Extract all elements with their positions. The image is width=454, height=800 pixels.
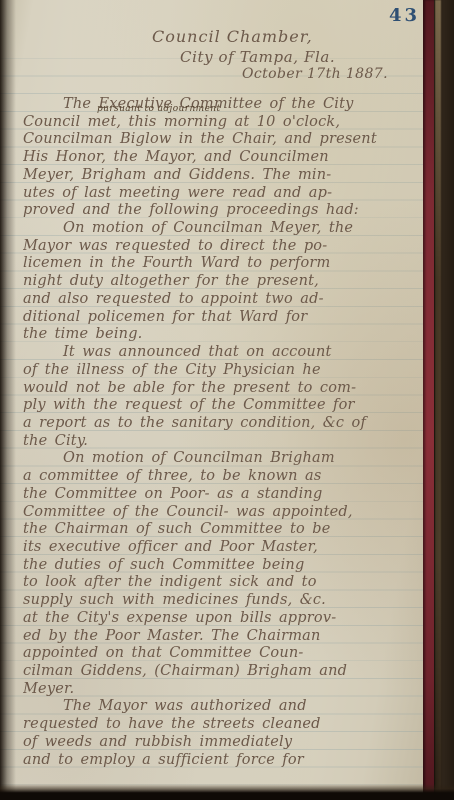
manuscript-page: 43 Council Chamber, City of Tampa, Fla. … bbox=[0, 0, 426, 800]
manuscript-line: the time being. bbox=[23, 326, 422, 344]
manuscript-line: the Committee on Poor- as a standing bbox=[23, 486, 422, 504]
manuscript-line: utes of last meeting were read and ap- bbox=[23, 185, 422, 203]
manuscript-line: licemen in the Fourth Ward to perform bbox=[23, 255, 422, 273]
manuscript-line: would not be able for the present to com… bbox=[23, 380, 422, 398]
manuscript-photo: 43 Council Chamber, City of Tampa, Fla. … bbox=[0, 0, 454, 800]
manuscript-line: a committee of three, to be known as bbox=[23, 468, 422, 486]
header-city: City of Tampa, Fla. bbox=[180, 48, 335, 66]
manuscript-line: supply such with medicines funds, &c. bbox=[23, 592, 422, 610]
manuscript-line: the Chairman of such Committee to be bbox=[23, 521, 422, 539]
manuscript-line: Council met, this morning at 10 o'clock, bbox=[23, 114, 422, 132]
manuscript-line: of weeds and rubbish immediately bbox=[23, 734, 422, 752]
manuscript-line: of the illness of the City Physician he bbox=[23, 362, 422, 380]
bottom-book-shadow bbox=[0, 784, 454, 800]
manuscript-line: Mayor was requested to direct the po- bbox=[23, 238, 422, 256]
manuscript-line: ply with the request of the Committee fo… bbox=[23, 397, 422, 415]
interline-insertion: pursuant to adjournment bbox=[97, 104, 221, 114]
manuscript-line: to look after the indigent sick and to bbox=[23, 574, 422, 592]
manuscript-line: a report as to the sanitary condition, &… bbox=[23, 415, 422, 433]
header-place: Council Chamber, bbox=[152, 27, 313, 46]
manuscript-line: its executive officer and Poor Master, bbox=[23, 539, 422, 557]
manuscript-line: cilman Giddens, (Chairman) Brigham and bbox=[23, 663, 422, 681]
manuscript-line: night duty altogether for the present, bbox=[23, 273, 422, 291]
manuscript-line: ed by the Poor Master. The Chairman bbox=[23, 628, 422, 646]
manuscript-line: Committee of the Council- was appointed, bbox=[23, 504, 422, 522]
manuscript-line: His Honor, the Mayor, and Councilmen bbox=[23, 149, 422, 167]
red-page-edge bbox=[423, 0, 434, 800]
manuscript-line: appointed on that Committee Coun- bbox=[23, 645, 422, 663]
manuscript-line: Meyer. bbox=[23, 681, 422, 699]
manuscript-line: requested to have the streets cleaned bbox=[23, 716, 422, 734]
book-fore-edge bbox=[434, 0, 454, 800]
manuscript-line: the duties of such Committee being bbox=[23, 557, 422, 575]
manuscript-line: at the City's expense upon bills approv- bbox=[23, 610, 422, 628]
page-number: 43 bbox=[389, 5, 420, 26]
manuscript-line: It was announced that on account bbox=[23, 344, 422, 362]
header-date: October 17th 1887. bbox=[242, 66, 388, 82]
manuscript-line: The Executive Committee of the City bbox=[23, 96, 422, 114]
manuscript-line: On motion of Councilman Brigham bbox=[23, 450, 422, 468]
manuscript-line: On motion of Councilman Meyer, the bbox=[23, 220, 422, 238]
manuscript-line: and also requested to appoint two ad- bbox=[23, 291, 422, 309]
manuscript-line: Meyer, Brigham and Giddens. The min- bbox=[23, 167, 422, 185]
manuscript-line: proved and the following proceedings had… bbox=[23, 202, 422, 220]
manuscript-line: the City. bbox=[23, 433, 422, 451]
manuscript-line: The Mayor was authorized and bbox=[23, 698, 422, 716]
manuscript-line: ditional policemen for that Ward for bbox=[23, 309, 422, 327]
manuscript-line: Councilman Biglow in the Chair, and pres… bbox=[23, 131, 422, 149]
spine-shadow bbox=[0, 0, 16, 800]
manuscript-body: The Executive Committee of the City Coun… bbox=[23, 96, 422, 769]
fore-edge-highlight bbox=[435, 0, 441, 800]
manuscript-line: and to employ a sufficient force for bbox=[23, 752, 422, 770]
